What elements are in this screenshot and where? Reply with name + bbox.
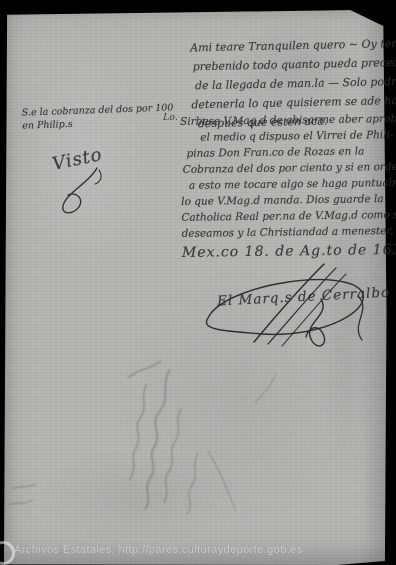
ink-bleedthrough: [106, 353, 278, 544]
letter-line: deseamos y la Christiandad a menester, E…: [182, 222, 396, 242]
letter-paragraph-2: Sirbese V.Mag.d de abisarme aber aprobad…: [180, 110, 396, 261]
manuscript-scan: S.e la cobranza del dos por 100 en Phili…: [0, 0, 396, 565]
archive-watermark: Archivos Estatales, http://pares.cultura…: [14, 544, 303, 556]
signature-flourish: [196, 262, 378, 358]
margin-note: S.e la cobranza del dos por 100 en Phili…: [22, 101, 174, 132]
visto-rubric-flourish: [55, 166, 107, 220]
signature-descender-loop: [299, 297, 335, 357]
ink-bleedthrough-marks: [5, 478, 58, 521]
docket-mark: Lo.: [163, 112, 178, 123]
letter-line: el medio q dispuso el Virrei de Phili-: [200, 126, 396, 146]
letter-dateline: Mex.co 18. de Ag.to de 1634 —: [182, 241, 396, 261]
